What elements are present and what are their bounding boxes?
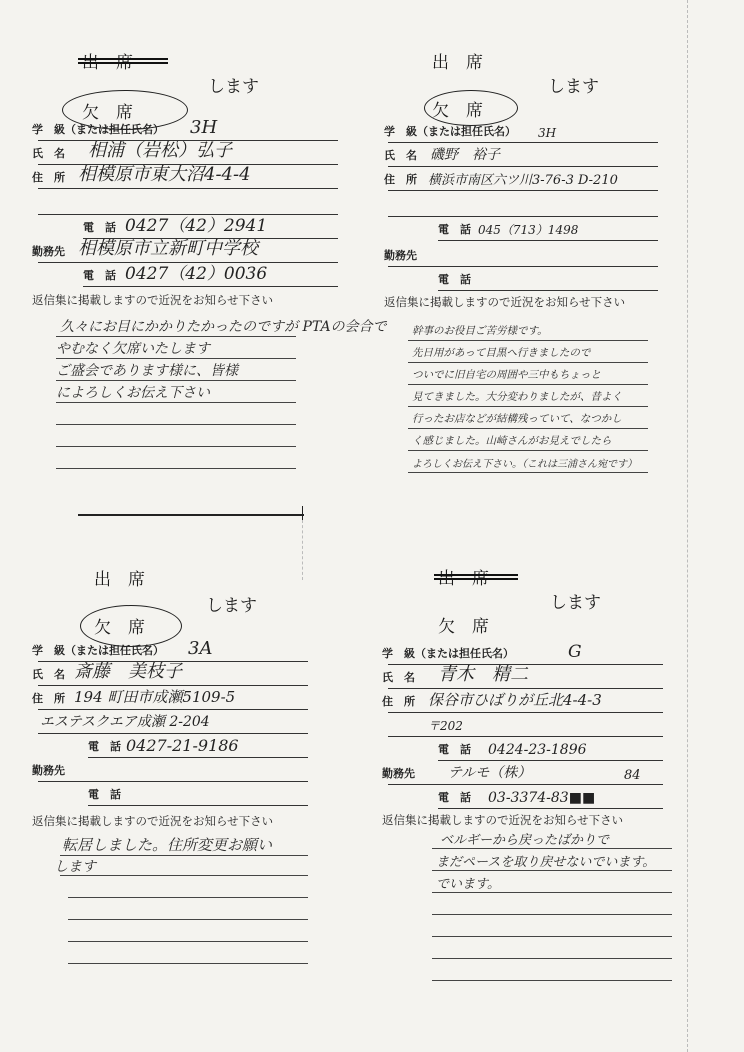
message-line	[56, 402, 296, 403]
work-row: 勤務先	[388, 242, 658, 267]
message-text: ご盛会であります様に、皆様	[56, 360, 238, 380]
message-text: 先日用があって目黒へ行きましたので	[412, 345, 590, 360]
message-line	[56, 358, 296, 359]
message-line	[56, 424, 296, 425]
address-value: 保谷市ひばりが丘北4-4-3	[428, 689, 602, 710]
message-line	[68, 941, 308, 942]
message-text: でいます。	[436, 873, 500, 892]
news-prompt: 返信集に掲載しますので近況をお知らせ下さい	[384, 294, 625, 310]
attend-label: 出 席	[82, 48, 164, 73]
message-line	[60, 855, 308, 856]
message-text: やむなく欠席いたします	[56, 338, 210, 358]
address-value-2: エステスクエア成瀬 2-204	[40, 711, 210, 731]
work-phone-label: 電 話	[88, 786, 121, 802]
message-text: まだペースを取り戻せないでいます。	[436, 851, 655, 870]
message-line	[408, 340, 648, 341]
address-value: 横浜市南区六ツ川3-76-3 D-210	[428, 169, 618, 188]
attend-label: 出 席	[438, 564, 514, 589]
reply-card-top-left: 出 席 します 欠 席 学 級（または担任氏名） 3H 氏 名 相浦（岩松）弘子…	[38, 40, 348, 480]
shimasu-label: します	[206, 591, 257, 616]
address-label: 住 所	[32, 169, 65, 185]
reply-card-top-right: 出 席 します 欠 席 学 級（または担任氏名） 3H 氏 名 磯野 裕子 住 …	[388, 40, 698, 480]
address-row: 住 所 194 町田市成瀬5109-5	[38, 685, 308, 710]
class-label: 学 級（または担任氏名）	[32, 642, 164, 658]
work-label: 勤務先	[384, 247, 417, 263]
address-value-2: 〒202	[428, 717, 463, 734]
class-label: 学 級（または担任氏名）	[32, 121, 164, 137]
work-phone-row: 電 話 03-3374-83■■	[438, 784, 663, 809]
phone-value: 045（713）1498	[478, 221, 578, 238]
fold-guide	[302, 520, 303, 580]
news-prompt: 返信集に掲載しますので近況をお知らせ下さい	[32, 813, 273, 829]
address-row: 住 所 相模原市東大沼4-4-4	[38, 164, 338, 189]
message-line	[432, 892, 672, 893]
phone-value: 0427-21-9186	[126, 736, 239, 755]
news-prompt: 返信集に掲載しますので近況をお知らせ下さい	[32, 292, 273, 308]
class-value: G	[568, 642, 582, 662]
attend-label: 出 席	[432, 48, 483, 73]
phone-label: 電 話	[438, 221, 471, 237]
work-phone-row: 電 話 0427（42）0036	[83, 262, 338, 287]
address-row: 住 所 横浜市南区六ツ川3-76-3 D-210	[388, 166, 658, 191]
message-line	[408, 406, 648, 407]
class-row: 学 級（または担任氏名） 3H	[388, 118, 658, 143]
cut-line	[78, 514, 304, 516]
work-value: 相模原市立新町中学校	[78, 234, 258, 260]
work-phone-label: 電 話	[83, 267, 116, 283]
shimasu-label: します	[548, 72, 599, 97]
reply-card-bottom-right: 出 席 します 欠 席 学 級（または担任氏名） G 氏 名 青木 精二 住 所…	[388, 560, 698, 980]
class-label: 学 級（または担任氏名）	[382, 645, 514, 661]
message-line	[56, 468, 296, 469]
address-row-2: エステスクエア成瀬 2-204	[38, 709, 308, 734]
work-phone-value: 03-3374-83■■	[488, 790, 595, 806]
address-row-2: 〒202	[388, 712, 663, 737]
work-phone-value: 0427（42）0036	[125, 259, 267, 284]
address-row: 住 所 保谷市ひばりが丘北4-4-3	[388, 688, 663, 713]
message-text: 見てきました。大分変わりましたが、昔よく	[412, 389, 622, 404]
work-label: 勤務先	[32, 243, 65, 259]
shimasu-label: します	[208, 72, 259, 97]
work-label: 勤務先	[382, 765, 415, 781]
message-line	[432, 980, 672, 981]
work-phone-row: 電 話	[438, 266, 658, 291]
work-phone-label: 電 話	[438, 271, 471, 287]
message-line	[432, 914, 672, 915]
name-label: 氏 名	[32, 145, 65, 161]
message-text: 転居しました。住所変更お願い	[62, 834, 272, 855]
message-line	[68, 897, 308, 898]
page-edge-guide	[687, 0, 688, 1052]
name-value: 青木 精二	[438, 660, 528, 686]
message-text: ベルギーから戻ったばかりで	[440, 829, 609, 848]
message-text: します	[54, 856, 96, 876]
message-text: によろしくお伝え下さい	[56, 382, 210, 402]
name-label: 氏 名	[382, 669, 415, 685]
message-line	[432, 936, 672, 937]
work-row: 勤務先	[38, 757, 308, 782]
name-row: 氏 名 斎藤 美枝子	[38, 661, 308, 686]
message-line	[68, 919, 308, 920]
name-label: 氏 名	[32, 666, 65, 682]
phone-label: 電 話	[88, 738, 121, 754]
phone-label: 電 話	[83, 219, 116, 235]
absent-label: 欠 席	[438, 612, 489, 637]
address-row-2	[388, 192, 658, 217]
message-line	[56, 446, 296, 447]
message-line	[60, 875, 308, 876]
message-line	[432, 870, 672, 871]
message-text: 久々にお目にかかりたかったのですが PTAの会合で	[60, 316, 387, 336]
message-line	[408, 428, 648, 429]
message-line	[432, 958, 672, 959]
message-text: よろしくお伝え下さい。（これは三浦さん宛です）	[412, 455, 637, 470]
address-value: 194 町田市成瀬5109-5	[74, 686, 235, 707]
shimasu-label: します	[550, 588, 601, 613]
message-line	[408, 450, 648, 451]
phone-label: 電 話	[438, 741, 471, 757]
message-line	[68, 963, 308, 964]
cut-mark	[302, 506, 303, 520]
class-label: 学 級（または担任氏名）	[384, 123, 516, 139]
absent-label: 欠 席	[94, 613, 145, 638]
address-label: 住 所	[382, 693, 415, 709]
message-text: く感じました。山崎さんがお見えでしたら	[412, 433, 612, 448]
work-label: 勤務先	[32, 762, 65, 778]
message-line	[408, 472, 648, 473]
message-line	[56, 336, 296, 337]
work-value: テルモ（株）	[448, 762, 531, 782]
message-line	[408, 384, 648, 385]
attend-label: 出 席	[94, 565, 145, 590]
work-phone-row: 電 話	[88, 781, 308, 806]
message-line	[432, 848, 672, 849]
work-row: 勤務先 テルモ（株）	[388, 760, 663, 785]
message-text: ついでに旧自宅の周囲や三中もちょっと	[412, 367, 601, 382]
address-value: 相模原市東大沼4-4-4	[78, 160, 251, 186]
phone-value: 0427（42）2941	[125, 211, 267, 236]
address-label: 住 所	[32, 690, 65, 706]
message-text: 行ったお店などが結構残っていて、なつかし	[412, 411, 622, 426]
phone-row: 電 話 0427-21-9186	[88, 733, 308, 758]
class-value: 3H	[538, 126, 556, 140]
message-line	[56, 380, 296, 381]
phone-value: 0424-23-1896	[488, 742, 587, 758]
work-phone-label: 電 話	[438, 789, 471, 805]
name-value: 相浦（岩松）弘子	[88, 136, 232, 162]
message-text: 幹事のお役目ご苦労様です。	[412, 323, 548, 338]
name-value: 磯野 裕子	[430, 144, 500, 164]
message-line	[408, 362, 648, 363]
name-label: 氏 名	[384, 147, 417, 163]
reply-card-bottom-left: 出 席 します 欠 席 学 級（または担任氏名） 3A 氏 名 斎藤 美枝子 住…	[38, 565, 348, 985]
name-row: 氏 名 磯野 裕子	[388, 142, 658, 167]
name-value: 斎藤 美枝子	[74, 657, 182, 683]
phone-row: 電 話 0424-23-1896	[438, 736, 663, 761]
phone-row: 電 話 045（713）1498	[438, 216, 658, 241]
class-value: 3A	[188, 638, 212, 659]
news-prompt: 返信集に掲載しますので近況をお知らせ下さい	[382, 812, 623, 828]
address-label: 住 所	[384, 171, 417, 187]
name-row: 氏 名 青木 精二	[388, 664, 663, 689]
class-value: 3H	[190, 117, 217, 138]
